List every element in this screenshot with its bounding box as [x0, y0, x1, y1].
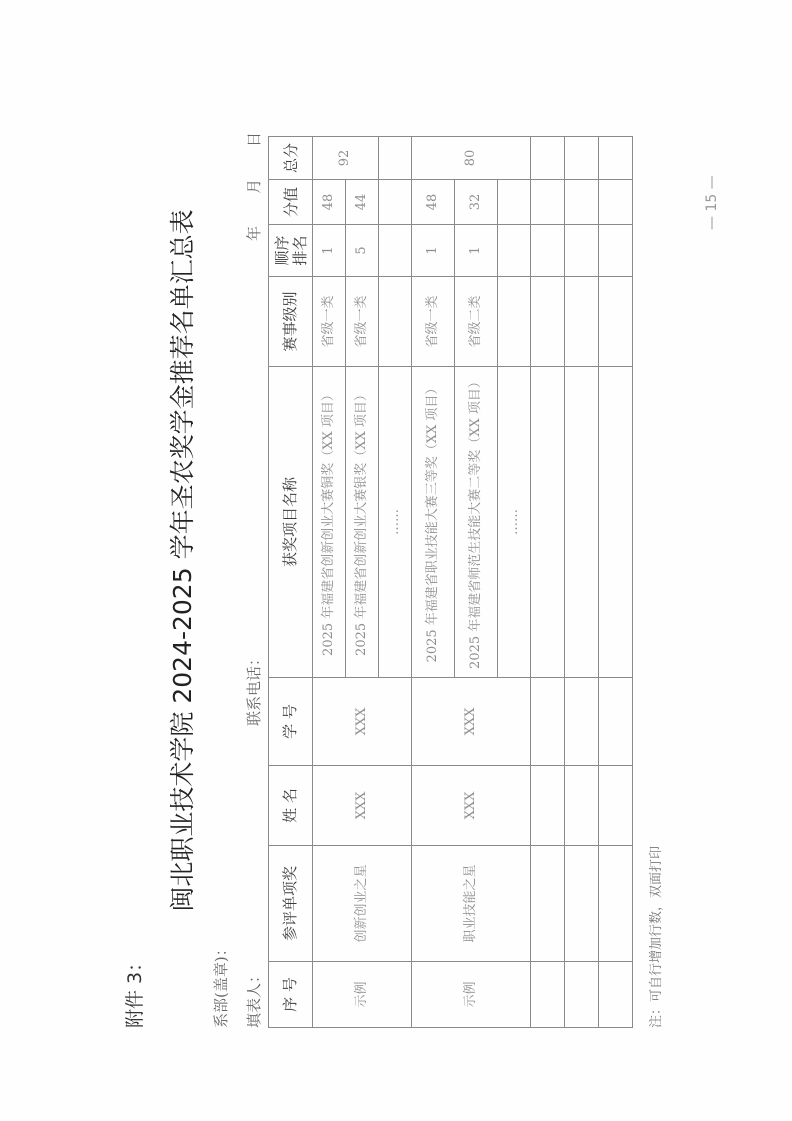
header-points: 分值 — [269, 180, 313, 225]
empty-cell — [531, 678, 565, 766]
empty-cell — [531, 962, 565, 1028]
cell-points: 48 — [412, 180, 455, 225]
date-day-label: 日 — [245, 126, 263, 147]
table-row: 示例 职业技能之星 XXX XXX 2025 年福建省职业技能大赛三等奖（XX … — [412, 137, 455, 1028]
cell-name: XXX — [313, 766, 412, 846]
date-year-label: 年 — [245, 220, 263, 241]
cell-competition-level — [498, 277, 531, 367]
attachment-label: 附件 3： — [120, 953, 147, 1028]
cell-project-name: 2025 年福建省创新创业大赛铜奖（XX 项目） — [313, 367, 346, 678]
header-seq: 序 号 — [269, 962, 313, 1028]
cell-competition-level: 省级一类 — [412, 277, 455, 367]
cell-points: 32 — [455, 180, 498, 225]
empty-cell — [531, 225, 565, 277]
header-name: 姓 名 — [269, 766, 313, 846]
empty-cell — [599, 277, 633, 367]
filler-label: 填表人： — [243, 968, 264, 1028]
cell-points: 44 — [346, 180, 379, 225]
cell-competition-level: 省级一类 — [313, 277, 346, 367]
empty-cell — [565, 367, 599, 678]
header-project-name: 获奖项目名称 — [269, 367, 313, 678]
empty-cell — [565, 846, 599, 962]
empty-table-row — [531, 137, 565, 1028]
empty-cell — [599, 678, 633, 766]
department-stamp-label: 系部(盖章)： — [210, 941, 231, 1028]
cell-rank: 1 — [455, 225, 498, 277]
empty-cell — [599, 962, 633, 1028]
cell-total: 92 — [313, 137, 379, 180]
empty-cell — [599, 137, 633, 180]
empty-cell — [599, 766, 633, 846]
empty-cell — [531, 846, 565, 962]
table-row: 示例 创新创业之星 XXX XXX 2025 年福建省创新创业大赛铜奖（XX 项… — [313, 137, 346, 1028]
cell-name: XXX — [412, 766, 531, 846]
empty-cell — [565, 225, 599, 277]
cell-award-category: 创新创业之星 — [313, 846, 412, 962]
page-number: — 15 — — [704, 175, 720, 230]
cell-student-id: XXX — [412, 678, 531, 766]
cell-total: 80 — [412, 137, 531, 180]
cell-points — [379, 180, 412, 225]
header-total: 总分 — [269, 137, 313, 180]
empty-cell — [565, 962, 599, 1028]
cell-seq: 示例 — [313, 962, 412, 1028]
empty-cell — [565, 180, 599, 225]
cell-project-name: 2025 年福建省职业技能大赛三等奖（XX 项目） — [412, 367, 455, 678]
cell-seq: 示例 — [412, 962, 531, 1028]
empty-cell — [531, 367, 565, 678]
empty-table-row — [599, 137, 633, 1028]
recommendation-table: 序 号 参评单项奖 姓 名 学 号 获奖项目名称 赛事级别 顺序排名 分值 总分… — [268, 136, 633, 1028]
date-field: 年月日 — [243, 100, 264, 241]
document-page: 附件 3： 闽北职业技术学院 2024-2025 学年圣农奖学金推荐名单汇总表 … — [0, 0, 792, 1121]
empty-table-row — [565, 137, 599, 1028]
cell-rank — [379, 225, 412, 277]
empty-cell — [599, 180, 633, 225]
empty-cell — [565, 766, 599, 846]
contact-phone-label: 联系电话： — [243, 651, 264, 726]
table-header-row: 序 号 参评单项奖 姓 名 学 号 获奖项目名称 赛事级别 顺序排名 分值 总分 — [269, 137, 313, 1028]
empty-cell — [599, 225, 633, 277]
empty-cell — [565, 678, 599, 766]
cell-total-empty — [379, 137, 412, 180]
cell-points: 48 — [313, 180, 346, 225]
cell-competition-level: 省级一类 — [346, 277, 379, 367]
cell-competition-level — [379, 277, 412, 367]
cell-rank — [498, 225, 531, 277]
header-rank: 顺序排名 — [269, 225, 313, 277]
empty-cell — [565, 277, 599, 367]
header-competition-level: 赛事级别 — [269, 277, 313, 367]
header-award-category: 参评单项奖 — [269, 846, 313, 962]
empty-cell — [531, 137, 565, 180]
footnote: 注：可自行增加行数，双面打印 — [645, 846, 664, 1028]
empty-cell — [531, 277, 565, 367]
cell-project-name: 2025 年福建省师范生技能大赛二等奖（XX 项目） — [455, 367, 498, 678]
cell-points — [498, 180, 531, 225]
cell-award-category: 职业技能之星 — [412, 846, 531, 962]
empty-cell — [531, 180, 565, 225]
empty-cell — [531, 766, 565, 846]
cell-rank: 5 — [346, 225, 379, 277]
cell-project-name-ellipsis: …… — [379, 367, 412, 678]
cell-project-name-ellipsis: …… — [498, 367, 531, 678]
cell-student-id: XXX — [313, 678, 412, 766]
cell-rank: 1 — [313, 225, 346, 277]
cell-project-name: 2025 年福建省创新创业大赛银奖（XX 项目） — [346, 367, 379, 678]
empty-cell — [599, 846, 633, 962]
date-month-label: 月 — [245, 173, 263, 194]
page-title: 闽北职业技术学院 2024-2025 学年圣农奖学金推荐名单汇总表 — [163, 0, 199, 1121]
empty-cell — [565, 137, 599, 180]
header-student-id: 学 号 — [269, 678, 313, 766]
cell-competition-level: 省级二类 — [455, 277, 498, 367]
cell-rank: 1 — [412, 225, 455, 277]
empty-cell — [599, 367, 633, 678]
